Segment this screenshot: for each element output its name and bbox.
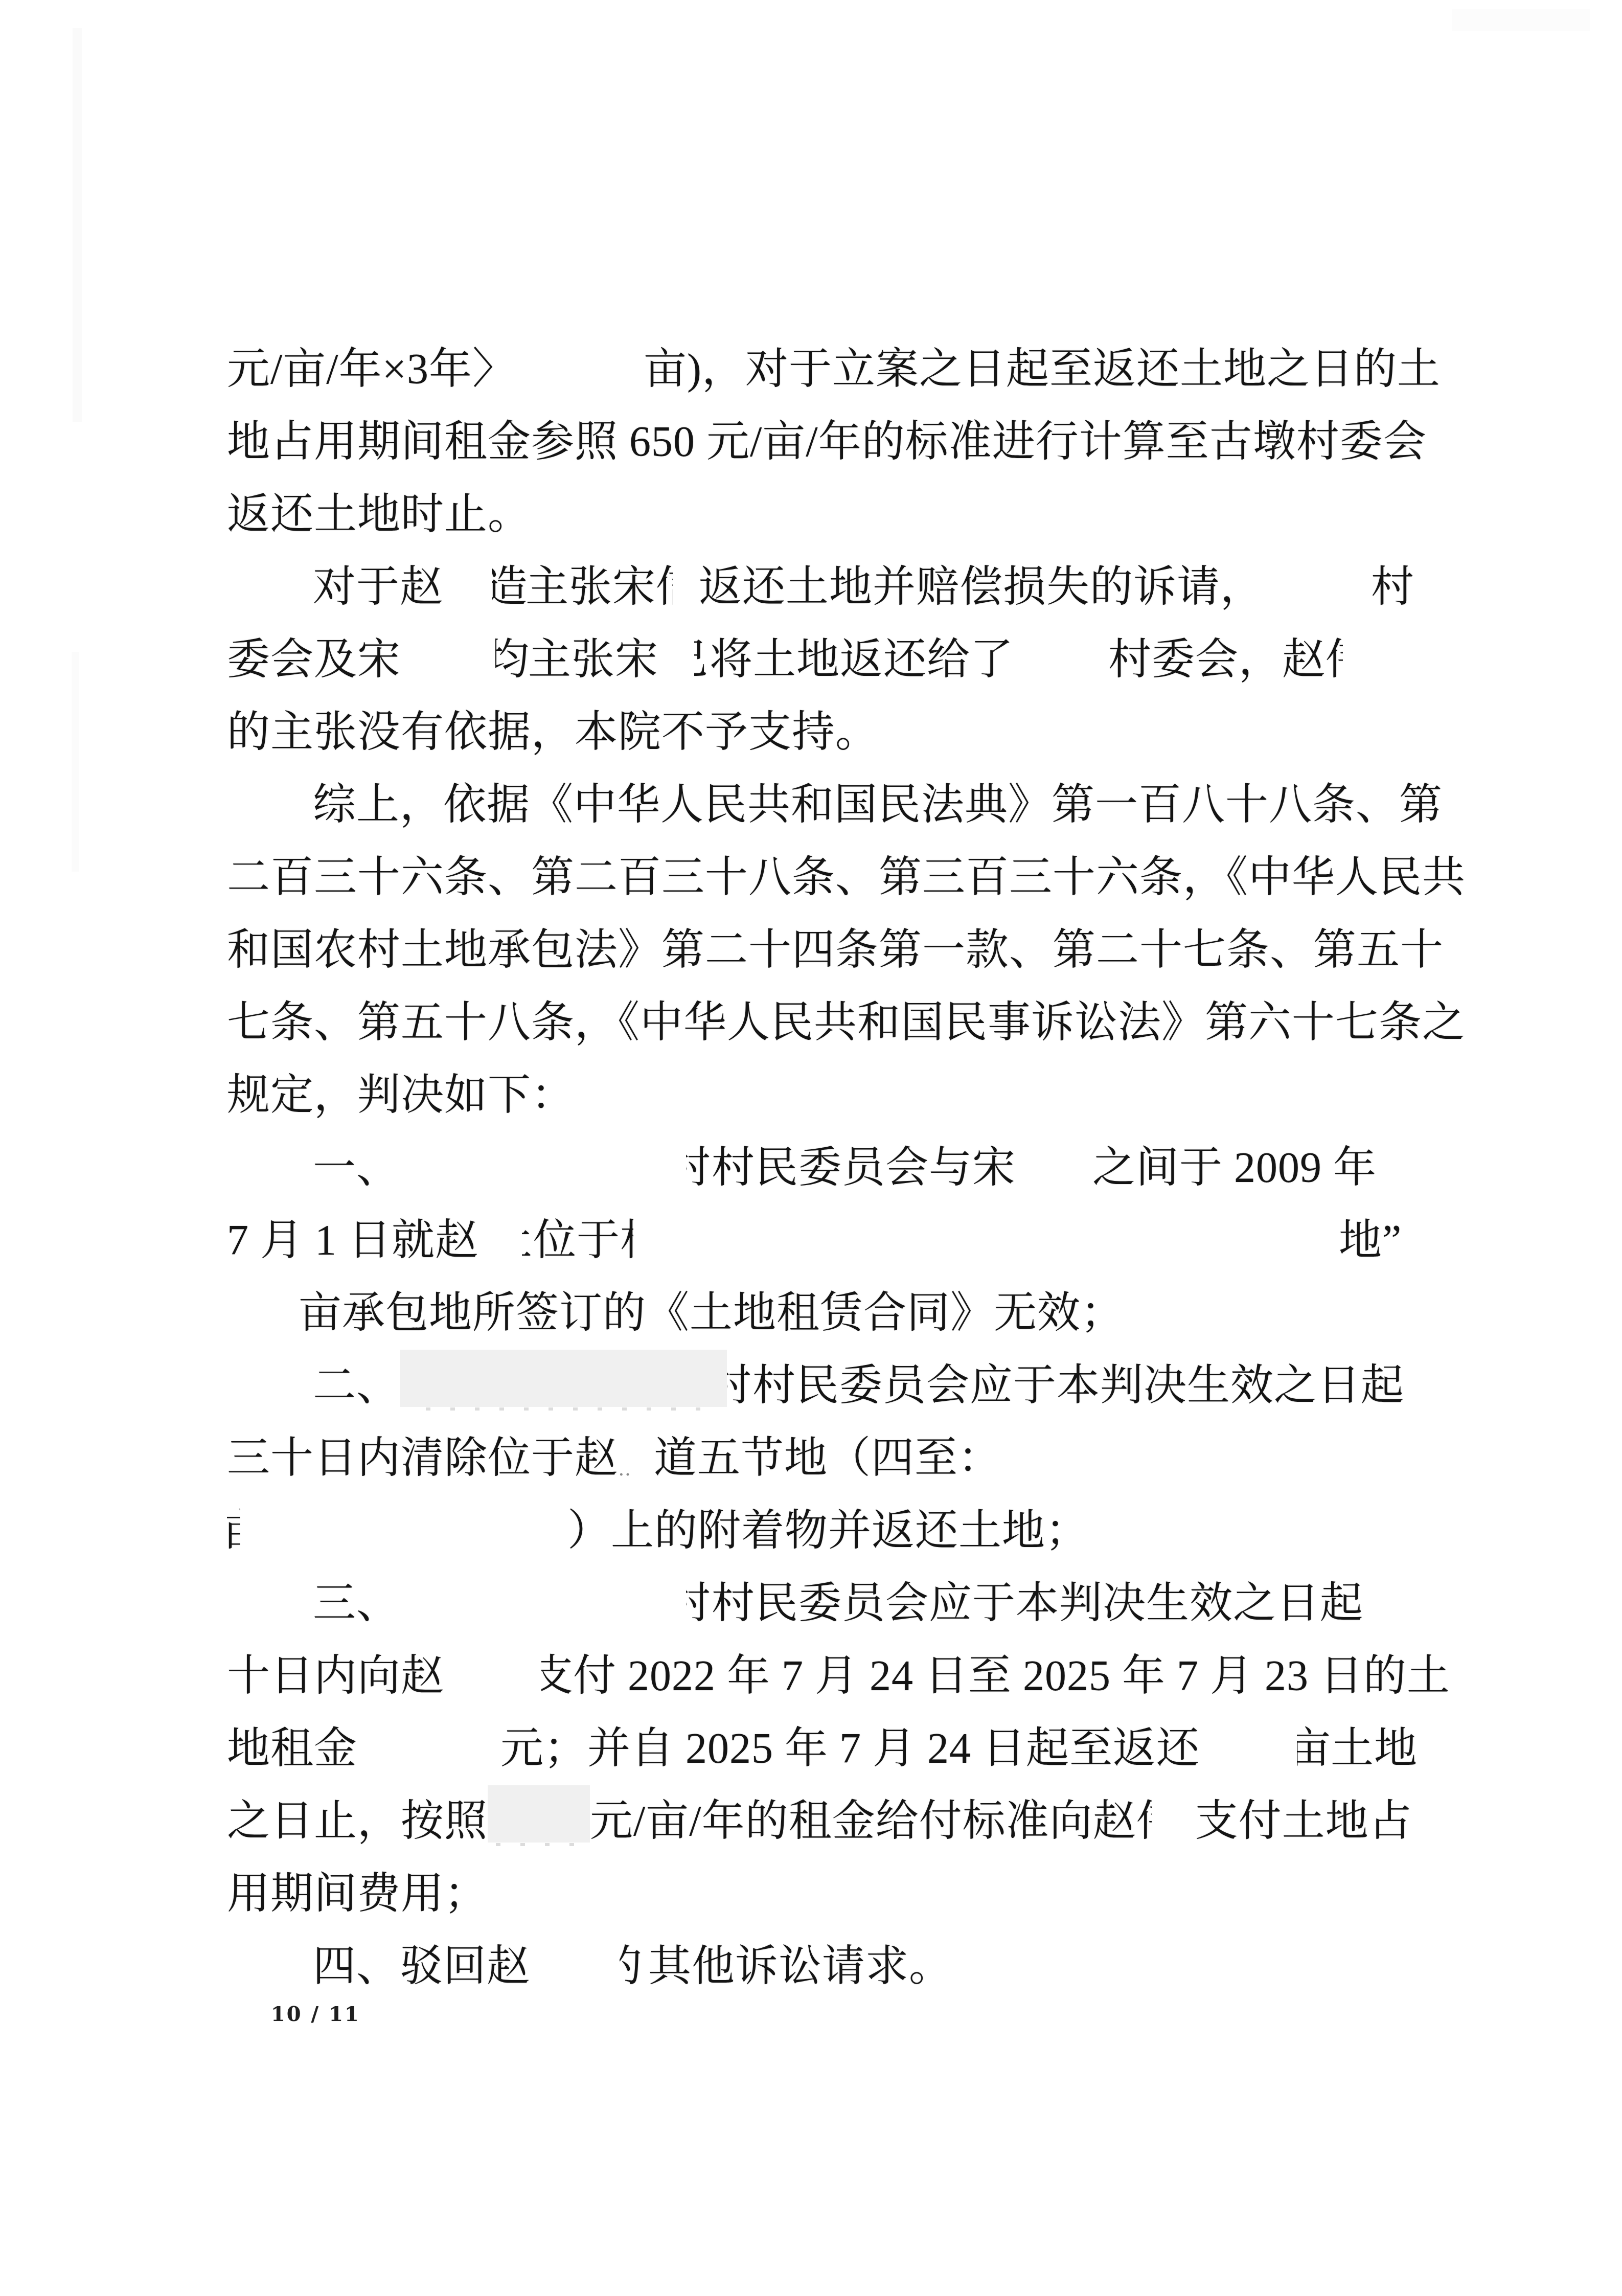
text-line: 十日内向赵支付 2022 年 7 月 24 日至 2025 年 7 月 23 日… bbox=[227, 1640, 1413, 1713]
text-line: 返还土地时止。 bbox=[227, 479, 1413, 551]
text-segment: 村民委员会应于本判决生效之日起 bbox=[752, 1362, 1404, 1410]
partial-glyph-char: 伟 bbox=[1326, 624, 1343, 696]
text-line: 规定，判决如下： bbox=[227, 1059, 1413, 1132]
text-line: 的主张没有依据，本院不予支持。 bbox=[227, 696, 1413, 769]
partial-glyph: 的 bbox=[620, 1930, 648, 2003]
text-segment: 地租金 bbox=[227, 1725, 357, 1772]
text-segment: 村民委员会应于本判决生效之日起 bbox=[712, 1580, 1363, 1627]
text-segment: 元；并自 2025 年 7 月 24 日起至返还 bbox=[500, 1725, 1200, 1772]
text-segment: 对于赵 bbox=[313, 563, 443, 611]
text-line: 二百三十六条、第二百三十八条、第三百三十六条，《中华人民共 bbox=[227, 842, 1413, 914]
text-segment: 主张宋 bbox=[528, 636, 658, 684]
text-line: 七条、第五十八条，《中华人民共和国民事诉讼法》第六十七条之 bbox=[227, 987, 1413, 1059]
text-line: 对于赵造主张宋信返还土地并赔偿损失的诉请，村 bbox=[227, 551, 1413, 624]
text-line: 亩承包地所签订的《土地租赁合同》无效； bbox=[227, 1277, 1413, 1350]
partial-glyph-char: 已 bbox=[694, 624, 709, 696]
redaction-gap bbox=[1264, 600, 1371, 601]
partial-glyph: 造 bbox=[492, 551, 526, 624]
partial-glyph-char: 让 bbox=[522, 1204, 533, 1277]
text-segment: 村委会，赵 bbox=[1108, 636, 1326, 684]
partial-glyph: 村 bbox=[727, 1350, 752, 1422]
redaction-box bbox=[488, 1785, 590, 1843]
redaction-gap bbox=[227, 1181, 313, 1182]
page-number: 10 / 11 bbox=[271, 2002, 360, 2026]
partial-glyph: 均 bbox=[495, 624, 528, 696]
text-segment: 元/亩/年的租金给付标准向赵 bbox=[590, 1798, 1136, 1845]
text-line: 7 月 1 日就赵让位于村地” bbox=[227, 1204, 1413, 1277]
text-line: 和国农村土地承包法》第二十四条第一款、第二十七条、第五十 bbox=[227, 914, 1413, 987]
text-segment: 之间于 2009 年 bbox=[1092, 1144, 1377, 1192]
redaction-gap bbox=[240, 1544, 567, 1545]
text-segment: 十日内向赵 bbox=[227, 1652, 444, 1700]
partial-glyph-char: 亩 bbox=[1297, 1713, 1331, 1785]
redaction-gap bbox=[400, 1617, 686, 1618]
text-segment: 三、 bbox=[313, 1580, 400, 1627]
text-segment: 道五节地（四至： bbox=[654, 1435, 1001, 1482]
text-segment: 位于 bbox=[533, 1217, 620, 1264]
text-segment: 用期间费用； bbox=[227, 1870, 488, 1918]
partial-glyph: 亩 bbox=[227, 1495, 240, 1567]
text-segment: 规定，判决如下： bbox=[227, 1072, 575, 1119]
partial-glyph: 让 bbox=[522, 1204, 533, 1277]
redaction-gap bbox=[227, 1326, 299, 1327]
redaction-gap bbox=[516, 382, 644, 383]
text-line: 亩）上的附着物并返还土地； bbox=[227, 1495, 1413, 1567]
scan-artifact bbox=[72, 652, 79, 872]
text-segment: 将土地返还给了 bbox=[710, 636, 1014, 684]
text-segment: 主张宋 bbox=[526, 563, 656, 611]
redaction-gap bbox=[530, 1980, 620, 1981]
text-segment: 二、 bbox=[313, 1362, 400, 1410]
redaction-gap bbox=[1016, 1181, 1092, 1182]
partial-glyph: 伟 bbox=[1136, 1785, 1152, 1858]
text-segment: 和国农村土地承包法》第二十四条第一款、第二十七条、第五十 bbox=[227, 926, 1444, 974]
text-segment: 二百三十六条、第二百三十八条、第三百三十六条，《中华人民共 bbox=[227, 854, 1466, 901]
text-line: 三、村村民委员会应于本判决生效之日起 bbox=[227, 1567, 1413, 1640]
redaction-gap bbox=[401, 673, 495, 674]
text-segment: 元/亩/年×3年〉 bbox=[227, 346, 516, 393]
text-segment: 付 2022 年 7 月 24 日至 2025 年 7 月 23 日的土 bbox=[573, 1652, 1450, 1700]
partial-glyph: 支 bbox=[541, 1640, 573, 1713]
partial-glyph-char: 支 bbox=[541, 1640, 573, 1713]
text-line: 元/亩/年×3年〉亩)，对于立案之日起至返还土地之日的土 bbox=[227, 333, 1413, 406]
redaction-gap bbox=[1200, 1762, 1297, 1763]
text-segment: 四、驳回赵 bbox=[313, 1943, 530, 1990]
redaction-gap bbox=[443, 600, 492, 601]
text-segment: 综上，依据《中华人民共和国民法典》第一百八十八条、第 bbox=[313, 781, 1443, 829]
scan-artifact bbox=[1452, 9, 1590, 31]
text-segment: ）上的附着物并返还土地； bbox=[567, 1507, 1089, 1555]
redaction-gap bbox=[1014, 673, 1108, 674]
partial-glyph-char: 村 bbox=[686, 1132, 711, 1204]
redaction-gap bbox=[227, 1399, 313, 1400]
redaction-gap bbox=[227, 1980, 313, 1981]
text-line: 用期间费用； bbox=[227, 1858, 1413, 1930]
text-segment: 支付土地占 bbox=[1195, 1798, 1412, 1845]
partial-glyph-char: 村 bbox=[727, 1350, 752, 1422]
text-segment: 地占用期间租金参照 650 元/亩/年的标准进行计算至古墩村委会 bbox=[227, 418, 1427, 466]
redaction-gap bbox=[658, 673, 694, 674]
text-segment: 7 月 1 日就赵 bbox=[227, 1217, 478, 1264]
partial-glyph-char: 伟 bbox=[1136, 1785, 1152, 1858]
text-line: 综上，依据《中华人民共和国民法典》第一百八十八条、第 bbox=[227, 769, 1413, 842]
redaction-gap bbox=[673, 600, 699, 601]
text-segment: 返还土地并赔偿损失的诉请， bbox=[699, 563, 1264, 611]
partial-glyph: 亩 bbox=[1297, 1713, 1331, 1785]
partial-glyph: 村 bbox=[686, 1567, 712, 1640]
redaction-box bbox=[400, 1350, 727, 1407]
text-line: 四、驳回赵的其他诉讼请求。 bbox=[227, 1930, 1413, 2003]
text-segment: 亩承包地所签订的《土地租赁合同》无效； bbox=[299, 1289, 1124, 1337]
text-segment: 地” bbox=[1339, 1217, 1402, 1264]
scan-artifact bbox=[73, 28, 82, 422]
text-segment: 土地 bbox=[1331, 1725, 1418, 1772]
redaction-gap bbox=[400, 1181, 686, 1182]
partial-glyph: 信 bbox=[656, 551, 673, 624]
partial-glyph-char: 信 bbox=[656, 551, 673, 624]
text-segment: 三十日内清除位于赵 bbox=[227, 1435, 618, 1482]
text-line: 一、村村民委员会与宋之间于 2009 年 bbox=[227, 1132, 1413, 1204]
redaction-gap bbox=[1152, 1834, 1195, 1835]
partial-glyph-char: 村 bbox=[620, 1204, 633, 1277]
partial-glyph: 村 bbox=[620, 1204, 633, 1277]
partial-glyph: 已 bbox=[694, 624, 710, 696]
text-segment: 其他诉讼请求。 bbox=[648, 1943, 952, 1990]
text-segment: 亩)，对于立案之日起至返还土地之日的土 bbox=[644, 346, 1441, 393]
text-segment: 村 bbox=[1371, 563, 1414, 611]
partial-glyph-char: 亩 bbox=[227, 1495, 240, 1567]
judgment-body-text: 元/亩/年×3年〉亩)，对于立案之日起至返还土地之日的土地占用期间租金参照 65… bbox=[227, 333, 1413, 2003]
text-line: 三十日内清除位于赵‥道五节地（四至： bbox=[227, 1422, 1413, 1495]
text-segment: 七条、第五十八条，《中华人民共和国民事诉讼法》第六十七条之 bbox=[227, 999, 1466, 1047]
partial-glyph-char: 造 bbox=[492, 551, 526, 624]
partial-glyph-char: 均 bbox=[495, 624, 528, 696]
text-segment: 村民委员会与宋 bbox=[712, 1144, 1016, 1192]
redaction-gap bbox=[478, 1254, 522, 1255]
text-line: 地租金元；并自 2025 年 7 月 24 日起至返还亩土地 bbox=[227, 1713, 1413, 1785]
redaction-gap bbox=[227, 1617, 313, 1618]
partial-glyph-char: 的 bbox=[620, 1930, 643, 2003]
partial-glyph-char: 村 bbox=[686, 1567, 711, 1640]
redaction-gap bbox=[633, 1254, 1339, 1255]
scanned-judgment-page: 元/亩/年×3年〉亩)，对于立案之日起至返还土地之日的土地占用期间租金参照 65… bbox=[0, 0, 1622, 2296]
redaction-gap bbox=[444, 1689, 541, 1690]
text-line: 二、村村民委员会应于本判决生效之日起 bbox=[227, 1350, 1413, 1422]
text-line: 之日止，按照元/亩/年的租金给付标准向赵伟支付土地占 bbox=[227, 1785, 1413, 1858]
partial-glyph: 村 bbox=[686, 1132, 712, 1204]
text-segment: 的主张没有依据，本院不予支持。 bbox=[227, 709, 879, 756]
text-segment: 返还土地时止。 bbox=[227, 491, 531, 538]
redaction-gap bbox=[227, 818, 313, 819]
text-segment: 委会及宋 bbox=[227, 636, 401, 684]
text-segment: 之日止，按照 bbox=[227, 1798, 488, 1845]
redaction-gap bbox=[357, 1762, 500, 1763]
text-line: 地占用期间租金参照 650 元/亩/年的标准进行计算至古墩村委会 bbox=[227, 406, 1413, 479]
text-line: 委会及宋均主张宋已将土地返还给了村委会，赵伟 bbox=[227, 624, 1413, 696]
partial-glyph: 伟 bbox=[1326, 624, 1343, 696]
text-segment: 一、 bbox=[313, 1144, 400, 1192]
redaction-gap bbox=[227, 600, 313, 601]
